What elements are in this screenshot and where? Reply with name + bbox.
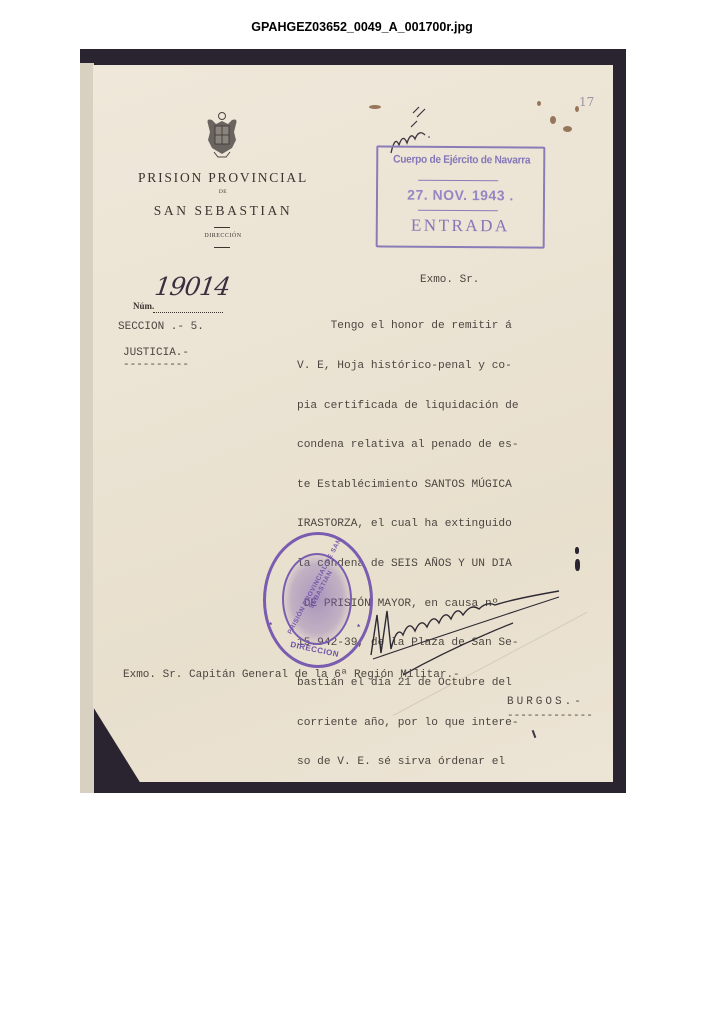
- section-label: SECCION .- 5.: [118, 321, 204, 333]
- seal-star-right: *: [357, 623, 361, 632]
- letterhead-city: SAN SEBASTIAN: [128, 203, 318, 219]
- number-label: Núm.: [133, 301, 154, 311]
- number-dotted-line: [153, 304, 223, 313]
- seal-star-left: *: [269, 621, 273, 630]
- underlying-page-edge: [80, 63, 94, 793]
- letterhead-de: DE: [128, 189, 318, 195]
- handwritten-number: 19014: [153, 272, 232, 301]
- file-title: GPAHGEZ03652_0049_A_001700r.jpg: [0, 20, 724, 34]
- body-line: 1943: [297, 915, 525, 928]
- stain: [563, 126, 572, 132]
- addressee-line: Exmo. Sr. Capitán General de la 6ª Regió…: [123, 669, 460, 681]
- department-underline: ----------: [123, 359, 189, 371]
- body-line: Dios guardé a V. E. muchos años: [297, 835, 525, 848]
- prison-seal-stamp: PRISIÓN PROVINCIAL DE SAN SEBASTIAN * * …: [263, 532, 373, 668]
- letterhead-rule: [214, 227, 230, 228]
- scanned-document: 17 PRISION PROVINCIAL DE SAN SEBASTIAN D…: [80, 49, 626, 793]
- page-mark: 17: [579, 95, 594, 109]
- body-line: San Sebastián, 25 de Noviembre de: [297, 875, 525, 888]
- stain: [550, 116, 556, 124]
- body-line: pia certificada de liquidación de: [297, 400, 525, 413]
- body-line: te Establécimiento SANTOS MÚGICA: [297, 479, 525, 492]
- spanish-eagle-crest-icon: [204, 110, 240, 160]
- body-line: so de V. E. sé sirva órdenar el: [297, 756, 525, 769]
- entry-stamp: Cuerpo de Ejército de Navarra 27. NOV. 1…: [376, 145, 546, 248]
- body-line: corriente año, por lo que intere-: [297, 717, 525, 730]
- letterhead-rule: [214, 247, 230, 248]
- stamp-ornament: [418, 210, 498, 212]
- body-line: condena relativa al penado de es-: [297, 439, 525, 452]
- ink-mark: [532, 730, 537, 738]
- destination-city: BURGOS.-: [507, 696, 584, 708]
- letterhead-direction: DIRECCIÓN: [128, 233, 318, 239]
- body-line: Tengo el honor de remitir á: [297, 320, 525, 333]
- punch-hole: [575, 547, 579, 554]
- stamp-entry-label: ENTRADA: [378, 215, 543, 236]
- stamp-ornament: [418, 180, 498, 182]
- stamp-issuer: Cuerpo de Ejército de Navarra: [389, 153, 535, 166]
- body-line: IRASTORZA, el cual ha extinguido: [297, 518, 525, 531]
- department-label: JUSTICIA.-: [123, 347, 189, 359]
- letterhead-title: PRISION PROVINCIAL: [128, 170, 318, 186]
- punch-hole: [575, 559, 580, 571]
- letter-sheet: 17 PRISION PROVINCIAL DE SAN SEBASTIAN D…: [93, 65, 613, 782]
- body-line: V. E, Hoja histórico-penal y co-: [297, 360, 525, 373]
- salutation: Exmo. Sr.: [420, 274, 479, 286]
- destination-underline: -------------: [507, 710, 593, 722]
- body-line: licenciamiento definitivo.: [297, 796, 525, 809]
- stain: [537, 101, 541, 106]
- stamp-date: 27. NOV. 1943 .: [378, 186, 543, 203]
